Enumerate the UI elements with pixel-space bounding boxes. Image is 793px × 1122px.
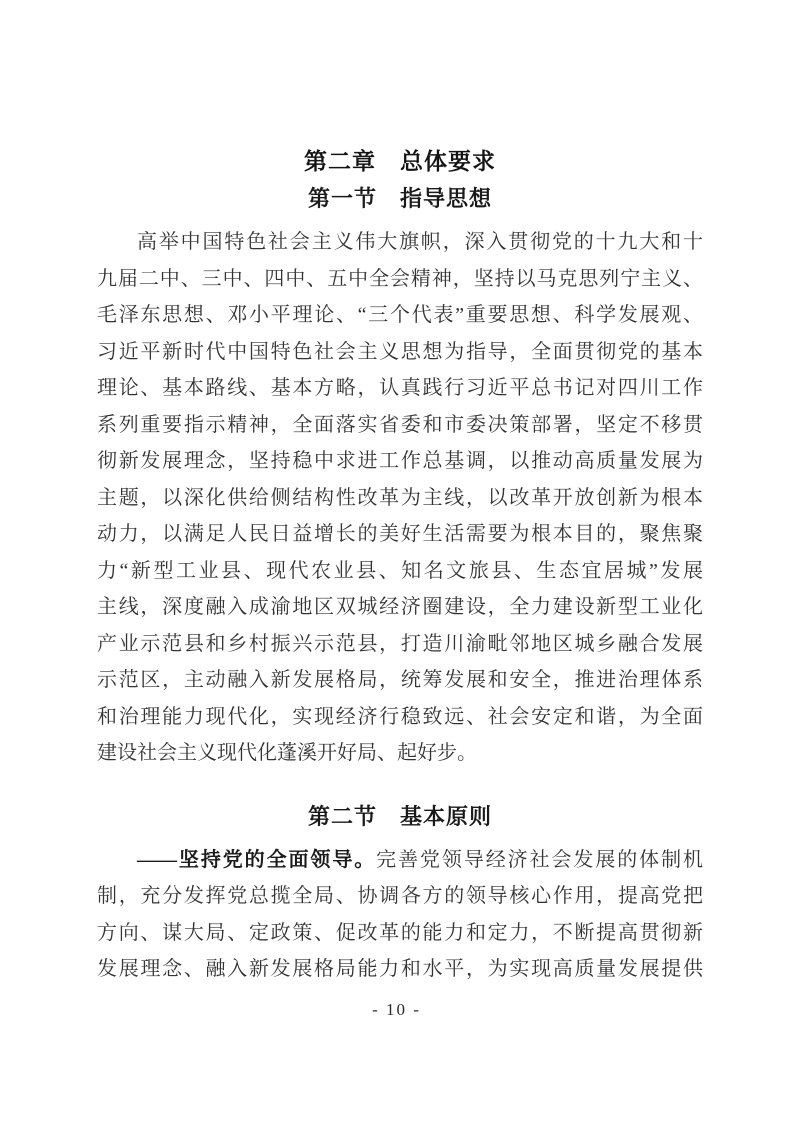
text-line: 制，充分发挥党总揽全局、协调各方的领导核心作用，提高党把 [97, 878, 703, 915]
principle-body-text: 完善党领导经济社会发展的体制机 [376, 849, 703, 871]
text-line: 彻新发展理念，坚持稳中求进工作总基调，以推动高质量发展为 [97, 443, 703, 480]
text-line: 高举中国特色社会主义伟大旗帜，深入贯彻党的十九大和十 [97, 224, 703, 261]
text-line: 毛泽东思想、邓小平理论、“三个代表”重要思想、科学发展观、 [97, 297, 703, 334]
text-line: 示范区，主动融入新发展格局，统筹发展和安全，推进治理体系 [97, 662, 703, 699]
text-line: 建设社会主义现代化蓬溪开好局、起好步。 [97, 735, 703, 772]
paragraph-guiding-ideology: 高举中国特色社会主义伟大旗帜，深入贯彻党的十九大和十 九届二中、三中、四中、五中… [97, 224, 703, 772]
text-line: 动力，以满足人民日益增长的美好生活需要为根本目的，聚焦聚 [97, 516, 703, 553]
text-line: 理论、基本路线、基本方略，认真践行习近平总书记对四川工作 [97, 370, 703, 407]
text-line: 方向、谋大局、定政策、促改革的能力和定力，不断提高贯彻新 [97, 915, 703, 952]
document-content: 第二章 总体要求 第一节 指导思想 高举中国特色社会主义伟大旗帜，深入贯彻党的十… [97, 146, 703, 988]
text-line: 主题，以深化供给侧结构性改革为主线，以改革开放创新为根本 [97, 480, 703, 517]
text-line: 和治理能力现代化，实现经济行稳致远、社会安定和谐，为全面 [97, 699, 703, 736]
page-number: - 10 - [0, 1000, 793, 1020]
section1-heading: 第一节 指导思想 [97, 184, 703, 214]
text-line: 九届二中、三中、四中、五中全会精神，坚持以马克思列宁主义、 [97, 261, 703, 298]
text-line: 力“新型工业县、现代农业县、知名文旅县、生态宜居城”发展 [97, 553, 703, 590]
text-line: 产业示范县和乡村振兴示范县，打造川渝毗邻地区城乡融合发展 [97, 626, 703, 663]
text-line: 主线，深度融入成渝地区双城经济圈建设，全力建设新型工业化 [97, 589, 703, 626]
paragraph-basic-principles: ——坚持党的全面领导。完善党领导经济社会发展的体制机 制，充分发挥党总揽全局、协… [97, 842, 703, 988]
section2-heading: 第二节 基本原则 [97, 802, 703, 832]
text-line: 系列重要指示精神，全面落实省委和市委决策部署，坚定不移贯 [97, 407, 703, 444]
document-page: 第二章 总体要求 第一节 指导思想 高举中国特色社会主义伟大旗帜，深入贯彻党的十… [0, 0, 793, 1122]
principle-lead-text: ——坚持党的全面领导。 [137, 849, 376, 871]
text-line: 发展理念、融入新发展格局能力和水平，为实现高质量发展提供 [97, 951, 703, 988]
text-line: ——坚持党的全面领导。完善党领导经济社会发展的体制机 [97, 842, 703, 879]
chapter-heading: 第二章 总体要求 [97, 146, 703, 176]
text-line: 习近平新时代中国特色社会主义思想为指导，全面贯彻党的基本 [97, 334, 703, 371]
